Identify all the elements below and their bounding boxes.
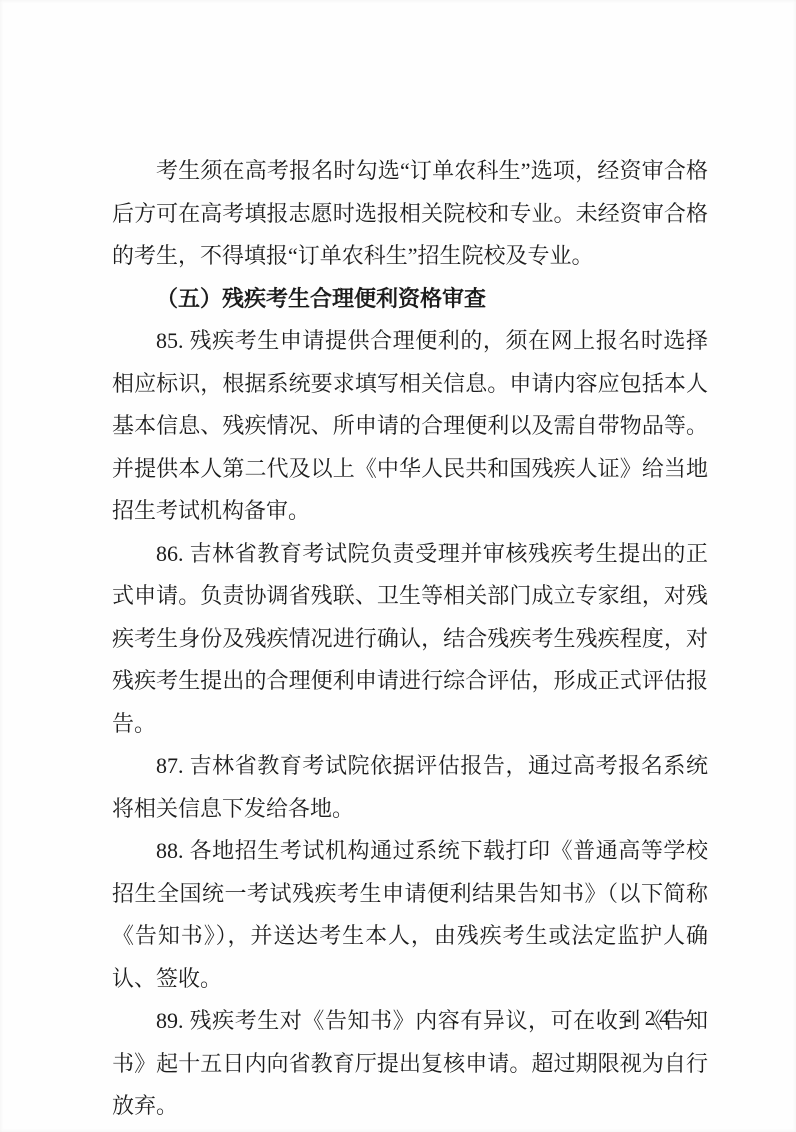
paragraph: 86. 吉林省教育考试院负责受理并审核残疾考生提出的正式申请。负责协调省残联、卫… xyxy=(112,533,708,746)
paragraph: 89. 残疾考生对《告知书》内容有异议，可在收到《告知书》起十五日内向省教育厅提… xyxy=(112,1000,708,1128)
paragraph: 88. 各地招生考试机构通过系统下载打印《普通高等学校招生全国统一考试残疾考生申… xyxy=(112,830,708,1000)
paragraph: 85. 残疾考生申请提供合理便利的，须在网上报名时选择相应标识，根据系统要求填写… xyxy=(112,320,708,533)
section-heading: （五）残疾考生合理便利资格审查 xyxy=(112,278,708,321)
document-page: 考生须在高考报名时勾选“订单农科生”选项，经资审合格后方可在高考填报志愿时选报相… xyxy=(0,0,796,1132)
page-number: - 24 - xyxy=(625,1006,695,1031)
document-body: 考生须在高考报名时勾选“订单农科生”选项，经资审合格后方可在高考填报志愿时选报相… xyxy=(112,150,708,1128)
paragraph: 考生须在高考报名时勾选“订单农科生”选项，经资审合格后方可在高考填报志愿时选报相… xyxy=(112,150,708,278)
paragraph: 87. 吉林省教育考试院依据评估报告，通过高考报名系统将相关信息下发给各地。 xyxy=(112,745,708,830)
